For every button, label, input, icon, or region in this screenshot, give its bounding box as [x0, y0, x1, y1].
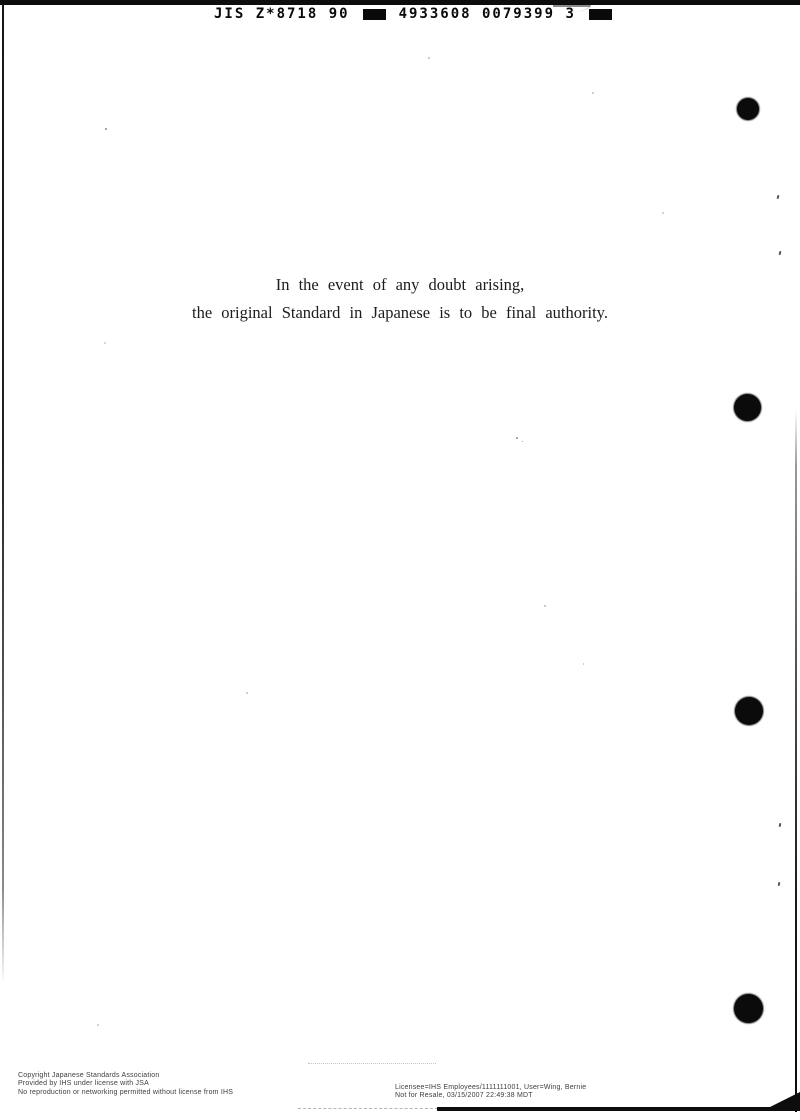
scanned-document-page: JIS Z*8718 90 4933608 0079399 3 In the e… — [0, 0, 800, 1120]
scan-speck — [592, 92, 594, 94]
binder-hole — [734, 394, 761, 421]
binder-hole — [737, 98, 759, 120]
copyright-line-1: Copyright Japanese Standards Association — [18, 1072, 233, 1080]
footer-dotted-line — [308, 1063, 436, 1064]
scan-speck — [779, 251, 782, 255]
top-scan-border — [0, 0, 800, 5]
standard-code-text: JIS Z*8718 90 — [214, 6, 350, 22]
document-code-header: JIS Z*8718 90 4933608 0079399 3 — [214, 6, 612, 22]
authority-notice: In the event of any doubt arising, the o… — [0, 271, 800, 327]
filled-block-icon — [363, 9, 386, 20]
bottom-scan-border — [437, 1107, 800, 1111]
right-scan-border — [795, 410, 797, 1112]
binder-hole — [734, 994, 763, 1023]
scan-speck — [104, 342, 106, 344]
bottom-right-scan-wedge — [762, 1092, 800, 1111]
filled-block-icon — [589, 9, 612, 20]
scan-speck — [516, 437, 518, 439]
scan-speck — [583, 663, 584, 665]
copyright-line-3: No reproduction or networking permitted … — [18, 1089, 233, 1097]
copyright-notice: Copyright Japanese Standards Association… — [18, 1072, 233, 1097]
left-scan-border — [2, 5, 4, 985]
document-number-text: 4933608 0079399 3 — [399, 6, 576, 22]
scan-speck — [522, 441, 523, 442]
license-line-2: Not for Resale, 03/15/2007 22:49:38 MDT — [395, 1092, 586, 1100]
scan-speck — [246, 692, 248, 694]
scan-speck — [544, 605, 546, 607]
scan-speck — [97, 1024, 99, 1026]
copyright-line-2: Provided by IHS under license with JSA — [18, 1080, 233, 1088]
binder-hole — [735, 697, 763, 725]
license-line-1: Licensee=IHS Employees/1111111001, User=… — [395, 1084, 586, 1092]
notice-line-1: In the event of any doubt arising, — [0, 271, 800, 299]
notice-line-2: the original Standard in Japanese is to … — [0, 299, 800, 327]
scan-speck — [778, 882, 781, 886]
bottom-scan-border-faint — [298, 1108, 438, 1109]
scan-speck — [428, 57, 430, 59]
scan-speck — [662, 212, 664, 214]
scan-speck — [777, 195, 780, 199]
scan-speck — [779, 823, 782, 827]
scan-speck — [105, 128, 107, 130]
license-notice: Licensee=IHS Employees/1111111001, User=… — [395, 1084, 586, 1101]
